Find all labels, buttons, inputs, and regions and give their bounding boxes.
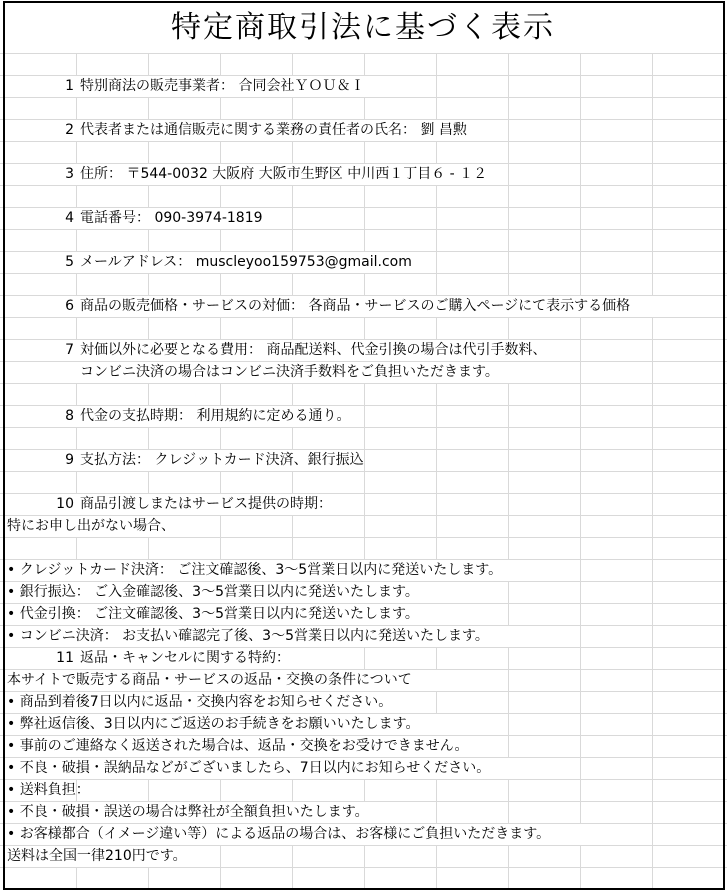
item-row-5[interactable]: 5 メールアドレス： muscleyoo159753@gmail.com — [5, 252, 721, 273]
gridline-row — [0, 383, 727, 384]
gridline-row — [0, 471, 727, 472]
gridline-row — [0, 273, 727, 274]
item-number: 1 — [5, 76, 74, 97]
gridline-row — [0, 427, 727, 428]
gridline-row — [0, 537, 727, 538]
item-number: 11 — [5, 648, 74, 669]
gridline-row — [0, 185, 727, 186]
item-row-8[interactable]: 8 代金の支払時期： 利用規約に定める通り。 — [5, 406, 721, 427]
returns-bullet-text: • 商品到着後7日以内に返品・交換内容をお知らせください。 — [7, 692, 392, 713]
delivery-bullet-text: • 銀行振込： ご入金確認後、3～5営業日以内に発送いたします。 — [7, 582, 419, 603]
returns-intro: 本サイトで販売する商品・サービスの返品・交換の条件について — [7, 670, 412, 691]
delivery-bullet-cod[interactable]: • 代金引換： ご注文確認後、3～5営業日以内に発送いたします。 — [5, 604, 721, 625]
returns-bullet-text: • 不良・破損・誤納品などがございましたら、7日以内にお知らせください。 — [7, 758, 490, 779]
item-number: 9 — [5, 450, 74, 471]
item-row-7-continued[interactable]: コンビニ決済の場合はコンビニ決済手数料をご負担いただきます。 — [5, 362, 721, 383]
gridline-row — [0, 229, 727, 230]
gridline-row — [0, 867, 727, 868]
item-text: 商品の販売価格・サービスの対価： 各商品・サービスのご購入ページにて表示する価格 — [80, 296, 630, 317]
spreadsheet: 特定商取引法に基づく表示 1 特別商法の販売事業者： 合同会社ＹＯＵ＆Ｉ 2 代… — [0, 0, 727, 893]
item-row-3[interactable]: 3 住所： 〒544-0032 大阪府 大阪市生野区 中川西１丁目６ - １２ — [5, 164, 721, 185]
returns-bullet-text: • 事前のご連絡なく返送された場合は、返品・交換をお受けできません。 — [7, 736, 469, 757]
item-text: 特別商法の販売事業者： 合同会社ＹＯＵ＆Ｉ — [80, 76, 364, 97]
item-text: 返品・キャンセルに関する特約： — [80, 648, 290, 669]
shipping-note-row[interactable]: 送料は全国一律210円です。 — [5, 846, 721, 867]
item-number: 7 — [5, 340, 74, 361]
delivery-bullet-text: • 代金引換： ご注文確認後、3～5営業日以内に発送いたします。 — [7, 604, 419, 625]
item-number: 4 — [5, 208, 74, 229]
item-text: 商品引渡しまたはサービス提供の時期： — [80, 494, 332, 515]
gridline-row — [0, 317, 727, 318]
returns-bullet[interactable]: • 弊社返信後、3日以内にご返送のお手続きをお願いいたします。 — [5, 714, 721, 735]
delivery-intro-row[interactable]: 特にお申し出がない場合、 — [5, 516, 721, 537]
delivery-bullet-convenience[interactable]: • コンビニ決済： お支払い確認完了後、3～5営業日以内に発送いたします。 — [5, 626, 721, 647]
item-text: 支払方法： クレジットカード決済、銀行振込 — [80, 450, 364, 471]
item-text: 住所： 〒544-0032 大阪府 大阪市生野区 中川西１丁目６ - １２ — [80, 164, 487, 185]
item-number: 8 — [5, 406, 74, 427]
returns-intro-row[interactable]: 本サイトで販売する商品・サービスの返品・交換の条件について — [5, 670, 721, 691]
item-row-7[interactable]: 7 対価以外に必要となる費用： 商品配送料、代金引換の場合は代引手数料、 — [5, 340, 721, 361]
item-number: 3 — [5, 164, 74, 185]
returns-bullet-text: • 不良・破損・誤送の場合は弊社が全額負担いたします。 — [7, 802, 369, 823]
page-title: 特定商取引法に基づく表示 — [171, 13, 555, 43]
delivery-bullet-text: • コンビニ決済： お支払い確認完了後、3～5営業日以内に発送いたします。 — [7, 626, 489, 647]
item-text: 対価以外に必要となる費用： 商品配送料、代金引換の場合は代引手数料、 — [80, 340, 546, 361]
item-number: 10 — [5, 494, 74, 515]
item-text: 代金の支払時期： 利用規約に定める通り。 — [80, 406, 350, 427]
delivery-bullet-text: • クレジットカード決済： ご注文確認後、3～5営業日以内に発送いたします。 — [7, 560, 502, 581]
title-cell[interactable]: 特定商取引法に基づく表示 — [5, 3, 721, 52]
item-text: 電話番号： 090-3974-1819 — [80, 208, 263, 229]
gridline-row — [0, 141, 727, 142]
returns-bullet-text: • 弊社返信後、3日以内にご返送のお手続きをお願いいたします。 — [7, 714, 420, 735]
item-row-2[interactable]: 2 代表者または通信販売に関する業務の責任者の氏名： 劉 昌勲 — [5, 120, 721, 141]
gridline-row — [0, 53, 727, 54]
item-number: 5 — [5, 252, 74, 273]
returns-bullet[interactable]: • お客様都合（イメージ違い等）による返品の場合は、お客様にご負担いただきます。 — [5, 824, 721, 845]
returns-bullet-text: • 送料負担： — [7, 780, 90, 801]
item-text: 代表者または通信販売に関する業務の責任者の氏名： 劉 昌勲 — [80, 120, 467, 141]
item-number: 6 — [5, 296, 74, 317]
gridline-row — [0, 97, 727, 98]
returns-bullet[interactable]: • 不良・破損・誤納品などがございましたら、7日以内にお知らせください。 — [5, 758, 721, 779]
returns-bullet[interactable]: • 不良・破損・誤送の場合は弊社が全額負担いたします。 — [5, 802, 721, 823]
returns-bullet-text: • お客様都合（イメージ違い等）による返品の場合は、お客様にご負担いただきます。 — [7, 824, 550, 845]
item-row-4[interactable]: 4 電話番号： 090-3974-1819 — [5, 208, 721, 229]
item-text: メールアドレス： muscleyoo159753@gmail.com — [80, 252, 412, 273]
item-text-continued: コンビニ決済の場合はコンビニ決済手数料をご負担いただきます。 — [80, 362, 499, 383]
item-row-10[interactable]: 10 商品引渡しまたはサービス提供の時期： — [5, 494, 721, 515]
shipping-note: 送料は全国一律210円です。 — [7, 846, 187, 867]
item-row-6[interactable]: 6 商品の販売価格・サービスの対価： 各商品・サービスのご購入ページにて表示する… — [5, 296, 721, 317]
item-row-9[interactable]: 9 支払方法： クレジットカード決済、銀行振込 — [5, 450, 721, 471]
returns-bullet[interactable]: • 事前のご連絡なく返送された場合は、返品・交換をお受けできません。 — [5, 736, 721, 757]
delivery-bullet-bank[interactable]: • 銀行振込： ご入金確認後、3～5営業日以内に発送いたします。 — [5, 582, 721, 603]
delivery-bullet-credit[interactable]: • クレジットカード決済： ご注文確認後、3～5営業日以内に発送いたします。 — [5, 560, 721, 581]
item-row-11[interactable]: 11 返品・キャンセルに関する特約： — [5, 648, 721, 669]
returns-bullet[interactable]: • 商品到着後7日以内に返品・交換内容をお知らせください。 — [5, 692, 721, 713]
delivery-intro: 特にお申し出がない場合、 — [7, 516, 175, 537]
item-number: 2 — [5, 120, 74, 141]
returns-bullet-shipping-cost[interactable]: • 送料負担： — [5, 780, 721, 801]
item-row-1[interactable]: 1 特別商法の販売事業者： 合同会社ＹＯＵ＆Ｉ — [5, 76, 721, 97]
